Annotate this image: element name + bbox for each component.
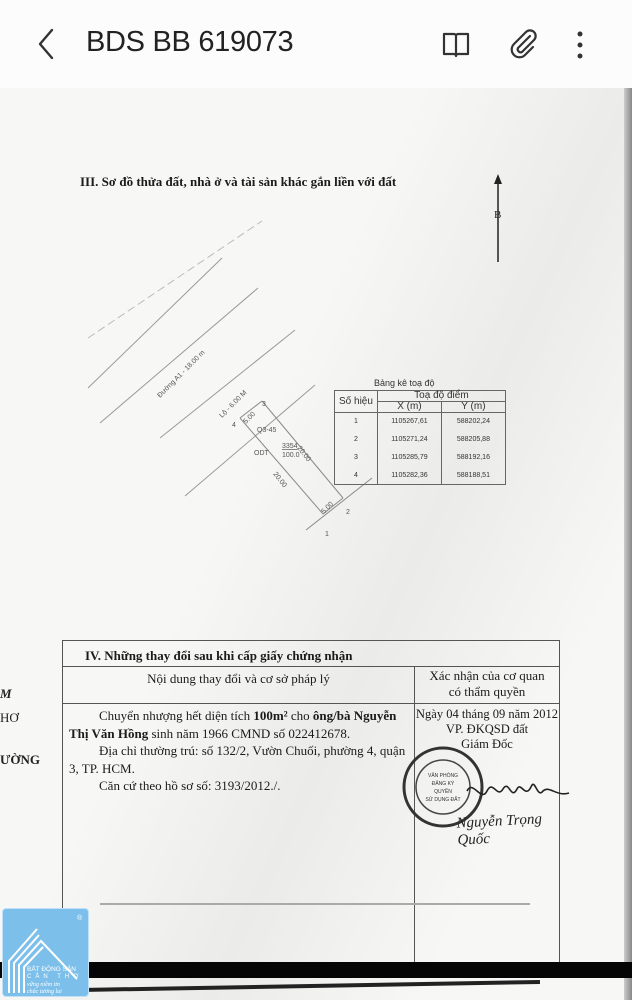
svg-text:100.0: 100.0 (282, 452, 300, 459)
left-fragment: ƯỜNG (0, 752, 40, 768)
content-column-header: Nội dung thay đổi và cơ sở pháp lý (63, 671, 414, 687)
svg-text:2: 2 (346, 509, 350, 516)
book-icon (438, 26, 474, 62)
left-fragment: M (0, 686, 12, 702)
svg-text:3: 3 (262, 401, 266, 408)
svg-text:ODT: ODT (254, 450, 270, 457)
back-chevron-icon (32, 24, 64, 64)
reading-mode-button[interactable] (438, 26, 474, 62)
section-4-title: IV. Những thay đổi sau khi cấp giấy chứn… (63, 641, 559, 667)
col-y-header: Y (m) (441, 402, 505, 413)
svg-text:SỬ DỤNG ĐẤT: SỬ DỤNG ĐẤT (425, 796, 460, 803)
svg-text:1: 1 (325, 531, 329, 538)
more-options-button[interactable] (566, 26, 602, 62)
coordinate-table: Số hiệu Toạ độ điểm X (m) Y (m) 1 110526… (334, 390, 506, 485)
paperclip-icon (506, 26, 542, 62)
land-plot-diagram: Đường A1 - 18.00 m Lộ - 6.00 M 3 4 5.00 … (0, 88, 632, 648)
svg-text:20.00: 20.00 (271, 471, 287, 489)
col-x-header: X (m) (377, 402, 441, 413)
svg-text:QUYỀN: QUYỀN (434, 788, 452, 795)
watermark-logo: ® BẤT ĐỘNG SẢN CẦN THƠ vững niềm tin chắ… (2, 908, 89, 997)
svg-text:ĐĂNG KÝ: ĐĂNG KÝ (432, 780, 455, 787)
scan-border (0, 962, 632, 978)
app-bar: BDS BB 619073 (0, 0, 632, 88)
signature-icon (463, 769, 573, 809)
coord-table-caption: Bảng kê toạ độ (374, 378, 435, 388)
col-id-header: Số hiệu (335, 391, 378, 413)
document-page[interactable]: III. Sơ đồ thửa đất, nhà ở và tài sản kh… (0, 88, 632, 1000)
document-title: BDS BB 619073 (86, 26, 293, 59)
change-content: Chuyển nhượng hết diện tích 100m² cho ôn… (69, 707, 411, 795)
signer-name: Nguyễn Trọng Quốc (456, 810, 560, 849)
svg-text:VĂN PHÒNG: VĂN PHÒNG (428, 772, 458, 779)
svg-text:4: 4 (232, 422, 236, 429)
more-vertical-icon (566, 26, 602, 62)
table-row: 3 1105285,79 588192,16 (335, 449, 506, 467)
col-group-header: Toạ độ điểm (377, 391, 505, 402)
table-row: 4 1105282,36 588188,51 (335, 467, 506, 485)
svg-text:5.00: 5.00 (242, 411, 257, 426)
back-button[interactable] (32, 24, 64, 64)
attach-button[interactable] (506, 26, 542, 62)
svg-text:Đường A1 - 18.00 m: Đường A1 - 18.00 m (156, 349, 206, 399)
table-row: 1 1105267,61 588202,24 (335, 413, 506, 431)
changes-table: IV. Những thay đổi sau khi cấp giấy chứn… (62, 640, 560, 974)
left-fragment: HƠ (0, 710, 19, 726)
table-row: 2 1105271,24 588205,88 (335, 431, 506, 449)
authority-column-header: Xác nhận của cơ quan có thẩm quyền (415, 668, 559, 700)
svg-text:Q3-45: Q3-45 (257, 427, 277, 434)
svg-text:3354: 3354 (282, 443, 298, 450)
